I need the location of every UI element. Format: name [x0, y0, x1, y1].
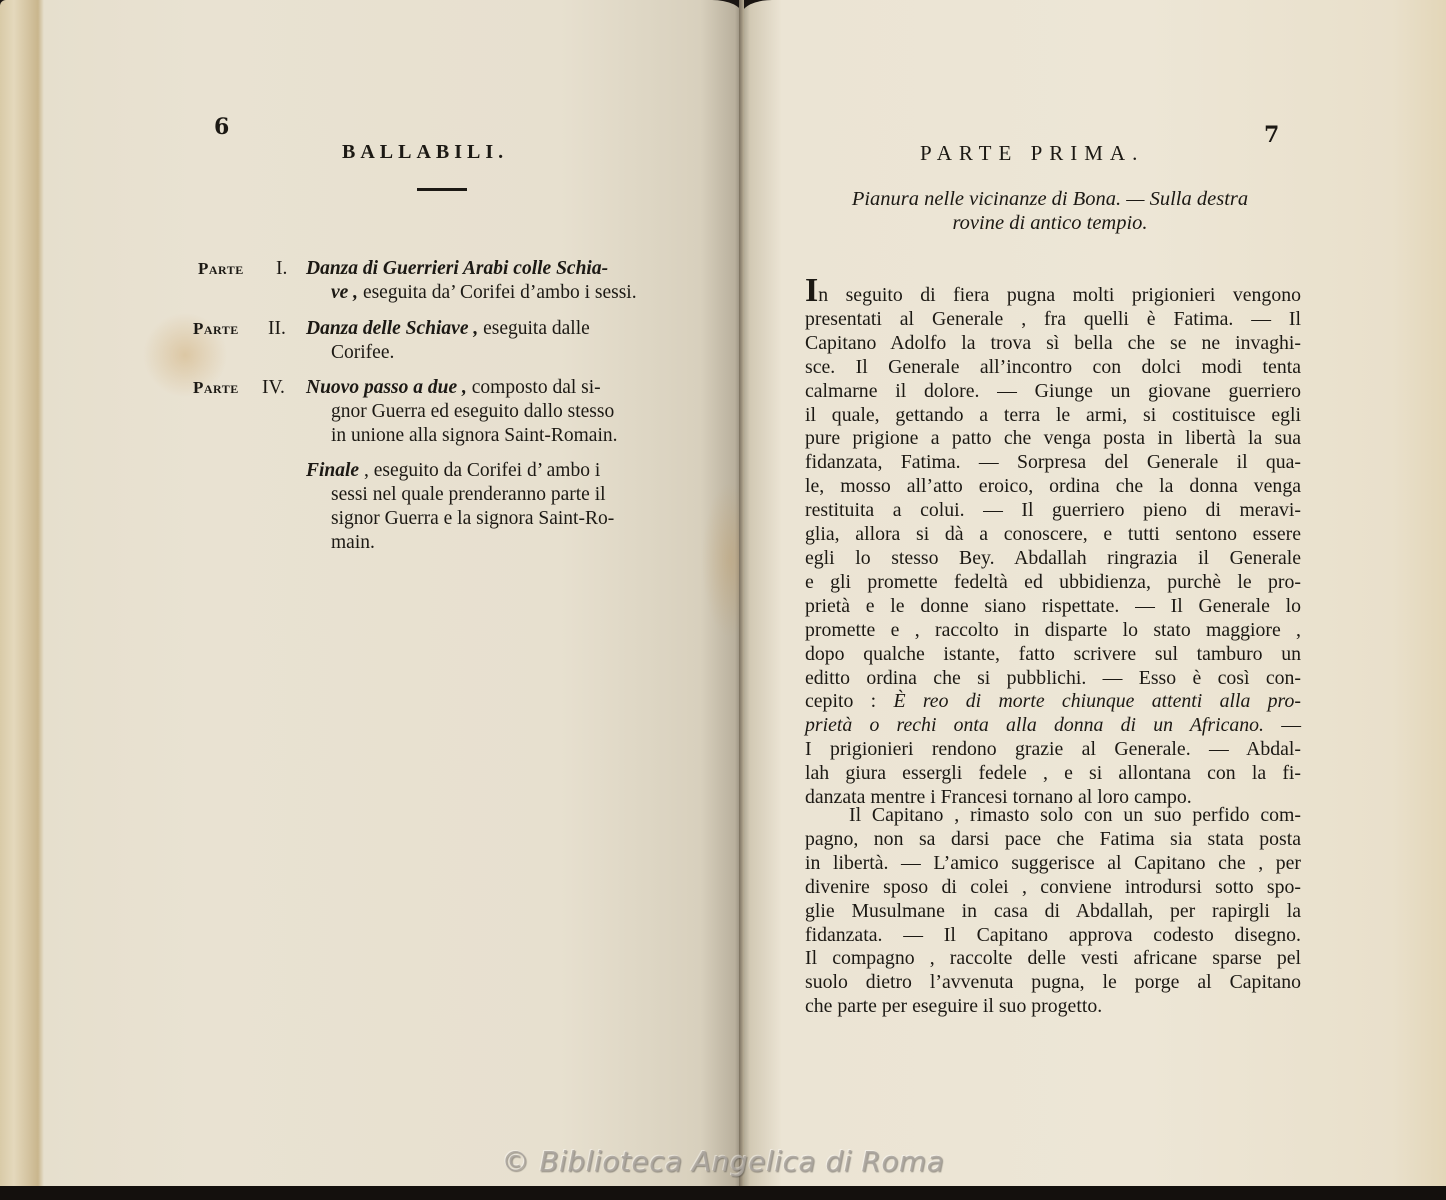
- text-line: promette e , raccolto in disparte lo sta…: [805, 619, 1301, 643]
- text-line: le, mosso all’atto eroico, ordina che la…: [805, 475, 1301, 499]
- dance-desc: composto dal si-: [467, 377, 601, 398]
- text-line: glia, allora si dà a conoscere, e tutti …: [805, 523, 1301, 547]
- finale-title: Finale: [306, 460, 359, 481]
- dance-desc-cont: gnor Guerra ed eseguito dallo stesso: [331, 400, 614, 424]
- dance-desc: eseguita da’ Corifei d’ambo i sessi.: [358, 282, 637, 303]
- text-line: suolo dietro l’avvenuta pugna, le porge …: [805, 971, 1301, 995]
- parte-label: Parte: [193, 376, 239, 400]
- right-page-number: 7: [1264, 122, 1279, 148]
- text-line: prietà e le donne siano rispettate. — Il…: [805, 595, 1301, 619]
- ballabile-finale: Finale , eseguito da Corifei d’ ambo i s…: [306, 459, 696, 555]
- finale-desc-cont: signor Guerra e la signora Saint-Ro-: [306, 507, 696, 531]
- text-line: fidanzata. — Il Capitano approva codesto…: [805, 924, 1301, 948]
- text-line: egli lo stesso Bey. Abdallah ringrazia i…: [805, 547, 1301, 571]
- text-line: divenire sposo di colei , conviene intro…: [805, 876, 1301, 900]
- edict-dash: —: [1264, 714, 1301, 736]
- text-line: pagno, non sa darsi pace che Fatima sia …: [805, 828, 1301, 852]
- parte-number: I.: [276, 257, 287, 281]
- drop-cap: I: [805, 272, 818, 309]
- text-line: Il compagno , raccolte delle vesti afric…: [805, 947, 1301, 971]
- finale-desc-cont: main.: [306, 531, 696, 555]
- dance-desc-cont: Corifee.: [331, 341, 394, 365]
- dance-title: Danza delle Schiave ,: [306, 318, 478, 339]
- text-line: glie Musulmane in casa di Abdallah, per …: [805, 900, 1301, 924]
- dance-desc-cont: in unione alla signora Saint-Romain.: [331, 424, 618, 448]
- text-line: lah giura essergli fedele , e si allonta…: [805, 762, 1301, 786]
- text-line: dopo qualche istante, fatto scrivere sul…: [805, 643, 1301, 667]
- scene-line: Pianura nelle vicinanze di Bona. — Sulla…: [800, 187, 1300, 211]
- text-line: Capitano Adolfo la trova sì bella che se…: [805, 332, 1301, 356]
- edict-line: prietà o rechi onta alla donna di un Afr…: [805, 714, 1301, 738]
- parte-label: Parte: [198, 257, 244, 281]
- bottom-edge: [0, 1186, 1446, 1200]
- finale-desc: , eseguito da Corifei d’ ambo i: [359, 460, 600, 481]
- ballabile-entry-1: Parte I. Danza di Guerrieri Arabi colle …: [198, 257, 688, 305]
- book-gutter: [739, 0, 744, 1190]
- text-line: presentati al Generale , fra quelli è Fa…: [805, 308, 1301, 332]
- ballabile-entry-2: Parte II. Danza delle Schiave , eseguita…: [193, 317, 688, 365]
- right-page-heading: PARTE PRIMA.: [920, 141, 1144, 166]
- text-line: Il Capitano , rimasto solo con un suo pe…: [805, 804, 1301, 828]
- left-page-heading: BALLABILI.: [342, 141, 508, 164]
- left-page-number: 6: [214, 114, 229, 140]
- text-line: editto ordina che si pubblichi. — Esso è…: [805, 667, 1301, 691]
- copyright-watermark: © Biblioteca Angelica di Roma: [0, 1145, 1446, 1178]
- edict-text: È reo di morte chiunque attenti alla pro…: [893, 690, 1301, 712]
- ballabile-entry-4: Parte IV. Nuovo passo a due , composto d…: [193, 376, 688, 448]
- open-book: 6 BALLABILI. Parte I. Danza di Guerrieri…: [0, 0, 1446, 1200]
- dance-title-cont: ve ,: [331, 282, 358, 303]
- text-line: pure prigione a patto che venga posta in…: [805, 427, 1301, 451]
- parte-number: IV.: [262, 376, 285, 400]
- edict-line: cepito : È reo di morte chiunque attenti…: [805, 690, 1301, 714]
- scene-line: rovine di antico tempio.: [800, 211, 1300, 235]
- dance-desc: eseguita dalle: [478, 318, 590, 339]
- text-line: fidanzata, Fatima. — Sorpresa del Genera…: [805, 451, 1301, 475]
- left-page: [0, 0, 742, 1190]
- dance-title: Nuovo passo a due ,: [306, 377, 467, 398]
- edict-intro: cepito :: [805, 690, 893, 712]
- text-line: calmarne il dolore. — Giunge un giovane …: [805, 380, 1301, 404]
- text-line: n seguito di fiera pugna molti prigionie…: [818, 284, 1301, 306]
- text-line: restituita a colui. — Il guerriero pieno…: [805, 499, 1301, 523]
- text-line: I prigionieri rendono grazie al Generale…: [805, 738, 1301, 762]
- dance-title: Danza di Guerrieri Arabi colle Schia-: [306, 258, 608, 279]
- text-line: il quale, gettando a terra le armi, si c…: [805, 404, 1301, 428]
- narrative-paragraph-2: Il Capitano , rimasto solo con un suo pe…: [805, 804, 1301, 1019]
- parte-label: Parte: [193, 317, 239, 341]
- finale-desc-cont: sessi nel quale prenderanno parte il: [306, 483, 696, 507]
- text-line: e gli promette fedeltà ed ubbidienza, pu…: [805, 571, 1301, 595]
- scene-description: Pianura nelle vicinanze di Bona. — Sulla…: [800, 187, 1300, 235]
- narrative-paragraph-1: In seguito di fiera pugna molti prigioni…: [805, 281, 1301, 810]
- text-line: in libertà. — L’amico suggerisce al Capi…: [805, 852, 1301, 876]
- text-line: sce. Il Generale all’incontro con dolci …: [805, 356, 1301, 380]
- edict-text: prietà o rechi onta alla donna di un Afr…: [805, 714, 1264, 736]
- heading-rule: [417, 188, 467, 191]
- parte-number: II.: [268, 317, 286, 341]
- text-line: che parte per eseguire il suo progetto.: [805, 995, 1301, 1019]
